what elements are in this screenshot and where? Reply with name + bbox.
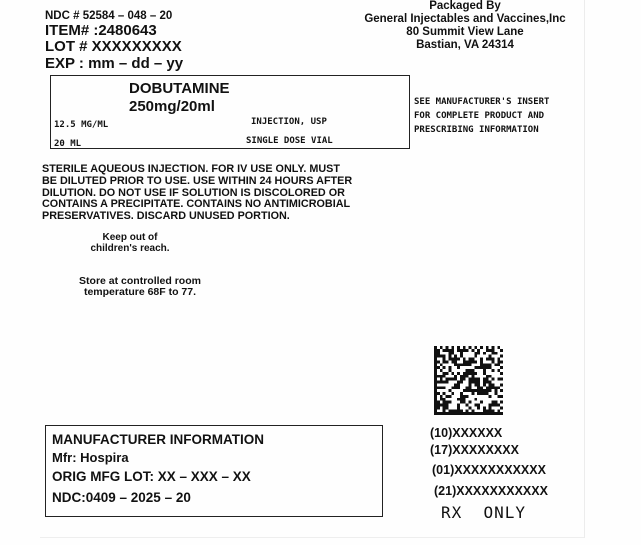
packager-name: General Injectables and Vaccines,Inc <box>350 13 580 26</box>
storage-instructions: Store at controlled room temperature 68F… <box>60 276 220 298</box>
original-lot: ORIG MFG LOT: XX – XXX – XX <box>52 469 251 484</box>
page-edge-horizontal <box>40 537 584 538</box>
packager-block: Packaged By General Injectables and Vacc… <box>350 0 580 52</box>
rx-only: RX ONLY <box>441 503 526 522</box>
code-01: (01)XXXXXXXXXXX <box>432 463 546 477</box>
insert-note: SEE MANUFACTURER'S INSERT FOR COMPLETE P… <box>414 95 549 137</box>
code-17: (17)XXXXXXXX <box>430 443 519 457</box>
page-edge-vertical <box>584 0 585 538</box>
children-warning: Keep out of children's reach. <box>70 232 190 254</box>
warning-text: STERILE AQUEOUS INJECTION. FOR IV USE ON… <box>42 164 352 223</box>
ndc-number: NDC # 52584 – 048 – 20 <box>45 10 172 22</box>
manufacturer-title: MANUFACTURER INFORMATION <box>52 432 264 447</box>
packager-address1: 80 Summit View Lane <box>350 26 580 39</box>
container-type: SINGLE DOSE VIAL <box>246 136 333 146</box>
product-strength: 250mg/20ml <box>129 98 215 115</box>
manufacturer-name: Mfr: Hospira <box>52 450 129 465</box>
code-21: (21)XXXXXXXXXXX <box>434 484 548 498</box>
expiration: EXP : mm – dd – yy <box>45 55 183 72</box>
manufacturer-box: MANUFACTURER INFORMATION Mfr: Hospira OR… <box>45 425 383 517</box>
item-number: ITEM# :2480643 <box>45 22 157 39</box>
datamatrix-barcode-icon <box>433 346 504 415</box>
concentration: 12.5 MG/ML <box>54 120 108 130</box>
product-name: DOBUTAMINE <box>129 80 230 97</box>
code-10: (10)XXXXXX <box>430 426 502 440</box>
lot-number: LOT # XXXXXXXXX <box>45 38 182 55</box>
product-box: DOBUTAMINE 250mg/20ml 12.5 MG/ML 20 ML I… <box>50 75 410 149</box>
packager-title: Packaged By <box>350 0 580 13</box>
packager-address2: Bastian, VA 24314 <box>350 39 580 52</box>
dosage-form: INJECTION, USP <box>251 117 327 127</box>
manufacturer-ndc: NDC:0409 – 2025 – 20 <box>52 490 191 505</box>
volume: 20 ML <box>54 139 81 149</box>
